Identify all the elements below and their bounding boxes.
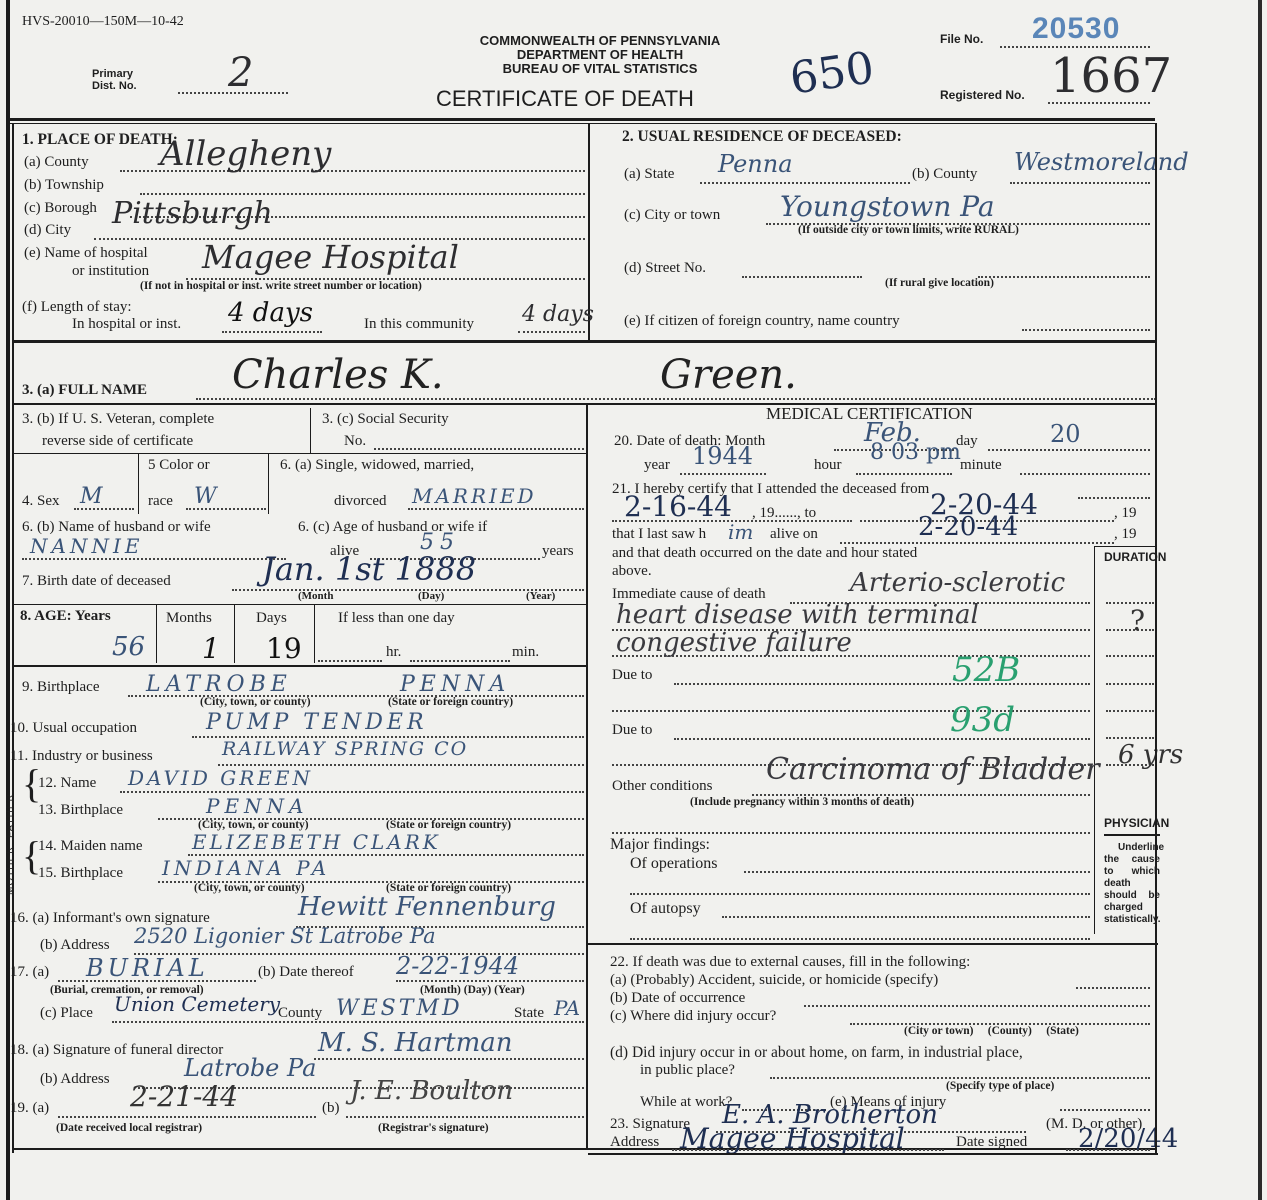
sex-label: 4. Sex [22, 493, 60, 510]
while-at-work-label: While at work? [640, 1094, 732, 1111]
duration-line-5 [1106, 710, 1154, 712]
father-name-line [120, 791, 584, 793]
funeral-address-value[interactable]: Latrobe Pa [184, 1054, 316, 1082]
registrar-sig-label: (b) [322, 1100, 340, 1117]
duration-divider [1094, 546, 1095, 934]
document-title: CERTIFICATE OF DEATH [436, 86, 694, 112]
informant-signature-value[interactable]: Hewitt Fennenburg [298, 892, 556, 922]
death-year-value[interactable]: 1944 [692, 442, 753, 470]
rule-before-external [588, 943, 1158, 945]
due-to-line-1 [674, 683, 1090, 685]
date-signed-label: Date signed [956, 1134, 1027, 1151]
form-code: HVS-20010—150M—10-42 [22, 14, 184, 30]
father-name-value[interactable]: DAVID GREEN [128, 766, 313, 790]
means-of-injury-line [1060, 1109, 1150, 1111]
external-c-label: (c) Where did injury occur? [610, 1008, 776, 1025]
physician-address-value[interactable]: Magee Hospital [680, 1122, 905, 1155]
primary-label: Primary [92, 68, 137, 80]
rule-after-ssn [12, 453, 587, 454]
immediate-duration-value[interactable]: ? [1130, 604, 1145, 637]
dist-no-label: Dist. No. [92, 80, 137, 92]
informant-address-label: (b) Address [40, 937, 110, 954]
death-minute-label: minute [960, 457, 1002, 474]
full-name-line [196, 398, 1156, 400]
city-value[interactable]: Pittsburgh [112, 196, 273, 231]
other-duration-value[interactable]: 6 yrs [1118, 740, 1183, 770]
other-conditions-note: (Include pregnancy within 3 months of de… [690, 796, 914, 808]
duration-label: DURATION [1104, 550, 1166, 564]
last-saw-value[interactable]: 2-20-44 [918, 512, 1018, 542]
age-days-value[interactable]: 19 [266, 632, 302, 665]
immediate-cause-line2[interactable]: heart disease with terminal [616, 600, 979, 630]
header-rule-thin [10, 123, 1155, 124]
disposition-value[interactable]: BURIAL [86, 954, 209, 982]
birth-month-note: (Month [298, 590, 333, 602]
operations-label: Of operations [630, 855, 718, 873]
duration-line-4 [1106, 683, 1154, 685]
residence-heading: 2. USUAL RESIDENCE OF DECEASED: [622, 128, 902, 146]
months-label: Months [166, 610, 212, 627]
registrar-sig-note: (Registrar's signature) [378, 1122, 489, 1134]
registrar-date-line [58, 1116, 316, 1118]
external-d-note: (Specify type of place) [946, 1080, 1054, 1092]
burial-county-label: County [278, 1005, 322, 1022]
full-name-last[interactable]: Green. [660, 352, 797, 398]
birthplace-city-value[interactable]: LATROBE [146, 672, 292, 697]
res-state-value[interactable]: Penna [718, 150, 793, 178]
registered-no-value: 1667 [1050, 48, 1172, 104]
res-state-line [700, 182, 910, 184]
burial-date-label: (b) Date thereof [258, 964, 354, 981]
physician-label: PHYSICIAN [1104, 816, 1169, 830]
mother-birthplace-value[interactable]: INDIANA PA [162, 856, 330, 880]
burial-date-line [396, 980, 584, 982]
hospital-value[interactable]: Magee Hospital [202, 238, 459, 276]
last-saw-line [840, 542, 1114, 544]
ssn-label: 3. (c) Social Security [322, 411, 449, 428]
registrar-date-label: 19. (a) [10, 1100, 49, 1117]
occurred-label: and that death occurred on the date and … [612, 545, 917, 562]
external-b-label: (b) Date of occurrence [610, 990, 745, 1007]
due-to-line-1b [612, 710, 1090, 712]
race-marital-divider [268, 454, 269, 514]
death-hour-value[interactable]: 8 03 pm [870, 440, 961, 465]
rule-after-name [12, 403, 1157, 405]
external-d-label-2: in public place? [640, 1062, 735, 1079]
autopsy-line [722, 916, 1090, 918]
death-day-line [988, 449, 1150, 451]
res-city-note: (If outside city or town limits, write R… [798, 224, 1019, 236]
registrar-sig-line [346, 1116, 584, 1118]
external-d-label: (d) Did injury occur in or about home, o… [610, 1044, 1023, 1062]
due-to-label-1: Due to [612, 667, 652, 684]
res-city-label: (c) City or town [624, 207, 720, 224]
death-year-line [680, 473, 766, 475]
registrar-date-note: (Date received local registrar) [56, 1122, 202, 1134]
death-hour-label: hour [814, 457, 842, 474]
burial-state-value[interactable]: PA [554, 996, 580, 1020]
occupation-label: 10. Usual occupation [10, 720, 137, 737]
county-value[interactable]: Allegheny [160, 134, 331, 174]
header-rule [10, 118, 1155, 121]
occupation-value[interactable]: PUMP TENDER [206, 710, 428, 735]
death-year-label: year [644, 457, 670, 474]
vet-ssn-divider [310, 408, 311, 453]
duration-line-6 [1106, 737, 1154, 739]
file-no-value: 20530 [1032, 12, 1120, 46]
institution-label: or institution [72, 263, 149, 280]
res-city-value[interactable]: Youngstown Pa [780, 190, 995, 223]
operations-line [744, 871, 1090, 873]
res-street-line-2 [978, 276, 1150, 278]
other-conditions-label: Other conditions [612, 778, 712, 795]
cause-code-1: 52B [952, 650, 1020, 690]
funeral-director-value[interactable]: M. S. Hartman [318, 1028, 513, 1058]
funeral-director-line [314, 1058, 584, 1060]
hr-label: hr. [386, 644, 401, 661]
above-label: above. [612, 563, 652, 580]
alive-on-label: alive on [770, 526, 818, 543]
min-line [410, 660, 510, 662]
birth-date-value[interactable]: Jan. 1st 1888 [262, 550, 476, 588]
registrar-date-value[interactable]: 2-21-44 [130, 1080, 238, 1113]
registrar-sig-value[interactable]: J. E. Boulton [350, 1076, 513, 1106]
father-side-label: FATHER [5, 793, 16, 838]
burial-place-value[interactable]: Union Cemetery [114, 992, 280, 1016]
external-c-note: (City or town) (County) (State) [904, 1025, 1079, 1037]
marital-label: 6. (a) Single, widowed, married, [280, 457, 474, 474]
duration-line-3 [1106, 655, 1154, 657]
date-signed-value[interactable]: 2/20/44 [1078, 1124, 1178, 1154]
birth-year-note: (Year) [526, 590, 555, 602]
external-a-line [1076, 987, 1150, 989]
age-divider-1 [156, 605, 157, 663]
birth-day-note: (Day) [418, 590, 444, 602]
immediate-cause-line3[interactable]: congestive failure [616, 628, 852, 658]
last-saw-label: that I last saw h [612, 526, 706, 543]
due-to-label-2: Due to [612, 722, 652, 739]
father-birthplace-value[interactable]: PENNA [206, 794, 309, 818]
stay-hospital-line [222, 331, 322, 333]
birthplace-state-note: (State or foreign country) [388, 696, 513, 708]
autopsy-label: Of autopsy [630, 900, 701, 918]
major-findings-label: Major findings: [610, 836, 710, 854]
place-of-death-heading: 1. PLACE OF DEATH: [22, 131, 178, 149]
burial-date-note: (Month) (Day) (Year) [420, 984, 525, 996]
death-minute-line [1020, 473, 1150, 475]
autopsy-line-2 [630, 938, 1090, 940]
cause-code-2: 93d [950, 700, 1015, 740]
res-foreign-label: (e) If citizen of foreign country, name … [624, 313, 900, 330]
other-conditions-line-2 [612, 832, 1090, 834]
stay-hospital-label: In hospital or inst. [72, 316, 181, 333]
frame-right [1155, 123, 1157, 1155]
agency-line-2: DEPARTMENT OF HEALTH [380, 48, 820, 62]
last-saw-him[interactable]: im [728, 520, 753, 544]
city-label: (d) City [24, 222, 71, 239]
age-years-label: 8. AGE: Years [20, 608, 111, 624]
stay-hospital-value[interactable]: 4 days [228, 298, 313, 328]
hospital-note: (If not in hospital or inst. write stree… [140, 280, 422, 292]
race-value[interactable]: W [194, 484, 217, 509]
burial-date-value[interactable]: 2-22-1944 [396, 952, 519, 980]
stay-community-label: In this community [364, 316, 474, 333]
mother-city-note: (City, town, or county) [194, 882, 305, 894]
rule-after-sections-1-2 [12, 340, 1157, 343]
days-label: Days [256, 610, 287, 627]
less-than-day-label: If less than one day [338, 610, 455, 627]
right-border [1258, 0, 1262, 1200]
section-divider-bottom [586, 404, 588, 1149]
spouse-name-line [22, 558, 286, 560]
margin-note: 650 [787, 42, 877, 104]
physician-signature-label: 23. Signature [610, 1116, 690, 1133]
age-label: 8. AGE: Years [20, 608, 111, 625]
spouse-name-value[interactable]: NANNIE [30, 534, 143, 558]
other-conditions-value[interactable]: Carcinoma of Bladder [766, 752, 1100, 787]
certify-line [1078, 497, 1150, 499]
death-certificate: HVS-20010—150M—10-42 Primary Dist. No. 2… [0, 0, 1267, 1200]
race-label: race [148, 493, 173, 510]
file-no-label: File No. [940, 32, 983, 46]
due-to-line-2 [674, 738, 1090, 740]
township-label: (b) Township [24, 177, 104, 194]
stay-community-value[interactable]: 4 days [522, 302, 594, 327]
township-line [140, 193, 585, 195]
age-divider-2 [234, 605, 235, 663]
attended-from-value[interactable]: 2-16-44 [624, 490, 732, 523]
last-saw-year: , 19 [1114, 526, 1137, 543]
res-foreign-line [1022, 329, 1150, 331]
father-name-label: 12. Name [38, 775, 96, 792]
physician-address-label: Address [610, 1134, 659, 1151]
disposition-label: 17. (a) [10, 964, 49, 981]
industry-value[interactable]: RAILWAY SPRING CO [222, 738, 468, 760]
agency-line-3: BUREAU OF VITAL STATISTICS [380, 62, 820, 76]
informant-address-value[interactable]: 2520 Ligonier St Latrobe Pa [134, 924, 436, 948]
full-name-label: 3. (a) FULL NAME [22, 382, 147, 399]
physician-note: Underline the cause to which death shoul… [1104, 842, 1160, 926]
res-street-label: (d) Street No. [624, 260, 706, 277]
birth-date-label: 7. Birth date of deceased [22, 573, 171, 590]
sex-value[interactable]: M [80, 484, 103, 509]
frame-left [12, 123, 14, 1153]
attended-to-year: , 19 [1114, 505, 1137, 522]
marital-line [408, 508, 584, 510]
death-hour-line [856, 473, 952, 475]
registered-no-label: Registered No. [940, 88, 1025, 102]
res-county-value[interactable]: Westmoreland [1014, 148, 1189, 176]
stay-community-line [518, 331, 585, 333]
hr-line [318, 660, 382, 662]
ssn-line [374, 448, 584, 450]
spouse-years-label: years [542, 543, 574, 560]
primary-dist-label: Primary Dist. No. [92, 68, 137, 92]
burial-state-label: State [514, 1005, 544, 1022]
operations-line-2 [630, 893, 1090, 895]
attended-to-label: , 19......, to [752, 505, 816, 522]
father-birthplace-label: 13. Birthplace [38, 802, 123, 819]
sex-race-divider [138, 454, 139, 514]
county-label: (a) County [24, 154, 89, 171]
marital-value[interactable]: MARRIED [412, 484, 537, 508]
res-county-label: (b) County [912, 166, 977, 183]
age-divider-3 [314, 605, 315, 663]
mother-birthplace-label: 15. Birthplace [38, 865, 123, 882]
left-border [6, 0, 10, 1200]
duration-box-top [1094, 546, 1156, 547]
veteran-label: 3. (b) If U. S. Veteran, complete [22, 411, 214, 428]
mother-maiden-value[interactable]: ELIZEBETH CLARK [192, 830, 441, 854]
death-day-value[interactable]: 20 [1050, 420, 1081, 448]
age-months-value[interactable]: 1 [202, 632, 220, 665]
agency-line-1: COMMONWEALTH OF PENNSYLVANIA [380, 34, 820, 48]
res-street-note: (If rural give location) [885, 277, 994, 289]
funeral-address-label: (b) Address [40, 1071, 110, 1088]
birthplace-city-note: (City, town, or county) [200, 696, 311, 708]
min-label: min. [512, 644, 539, 661]
external-a-label: (a) (Probably) Accident, suicide, or hom… [610, 972, 938, 989]
rule-after-birth [12, 604, 587, 605]
res-county-line [1010, 182, 1150, 184]
burial-county-value[interactable]: WESTMD [336, 996, 463, 1021]
veteran-label-2: reverse side of certificate [42, 433, 193, 450]
birthplace-label: 9. Birthplace [22, 679, 99, 696]
res-street-line [742, 276, 862, 278]
birthplace-state-value[interactable]: PENNA [400, 672, 510, 697]
immediate-cause-line1[interactable]: Arterio-sclerotic [850, 568, 1065, 598]
external-d-line [770, 1077, 1150, 1079]
color-label: 5 Color or [148, 457, 210, 474]
mother-side-label: MOTHER [5, 846, 16, 895]
burial-place-label: (c) Place [40, 1005, 93, 1022]
physician-rule [1104, 834, 1160, 836]
primary-dist-value: 2 [228, 50, 253, 96]
hospital-label: (e) Name of hospital [24, 245, 148, 262]
borough-label: (c) Borough [24, 200, 97, 217]
stay-label: (f) Length of stay: [22, 299, 132, 316]
external-b-line [804, 1005, 1150, 1007]
bottom-rule-right [588, 1153, 1158, 1155]
ssn-no-label: No. [344, 433, 366, 450]
divorced-label: divorced [334, 493, 386, 510]
agency-block: COMMONWEALTH OF PENNSYLVANIA DEPARTMENT … [380, 34, 820, 76]
full-name-first[interactable]: Charles K. [232, 352, 444, 398]
rule-after-age [12, 665, 587, 667]
external-heading: 22. If death was due to external causes,… [610, 954, 970, 971]
age-years-value[interactable]: 56 [112, 632, 145, 662]
mother-maiden-label: 14. Maiden name [38, 838, 143, 855]
res-state-label: (a) State [624, 166, 674, 183]
